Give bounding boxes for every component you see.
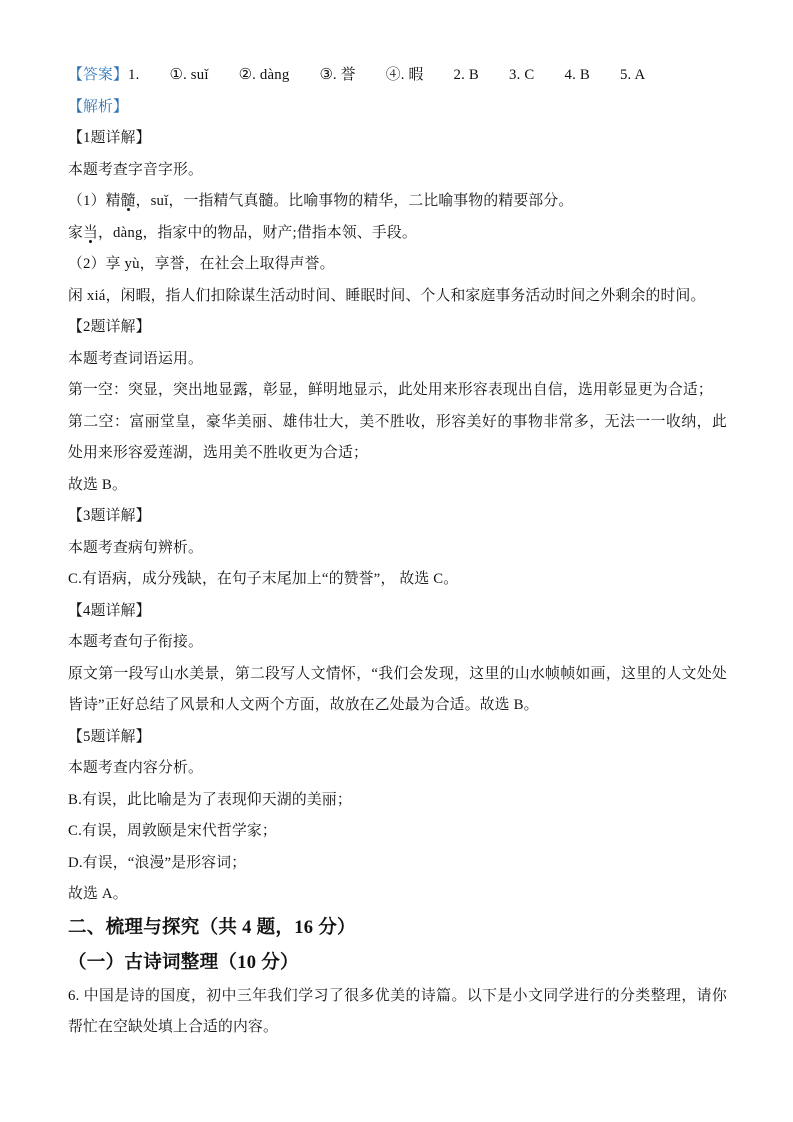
answer-q1-item4: ④. 暇 [386, 67, 424, 83]
q4-detail-intro: 本题考查句子衔接。 [68, 627, 727, 659]
answer-q3: 3. C [509, 67, 534, 83]
q5-detail-heading: 【5题详解】 [68, 722, 727, 754]
q1-detail-point1: （1）精髓，suǐ，一指精气真髓。比喻事物的精华，二比喻事物的精要部分。 [68, 186, 727, 218]
q3-detail-analysis: C.有语病，成分残缺，在句子末尾加上“的赞誉”， 故选 C。 [68, 564, 727, 596]
text-segment: 【3题详解】 [68, 508, 151, 524]
text-segment: 故选 A。 [68, 886, 128, 902]
text-segment: 闲 xiá，闲暇，指人们扣除谋生活动时间、睡眠时间、个人和家庭事务活动时间之外剩… [68, 288, 705, 304]
text-segment: C.有语病，成分残缺，在句子末尾加上“的赞誉”， 故选 C。 [68, 571, 458, 587]
q5-detail-conclusion: 故选 A。 [68, 879, 727, 911]
question-6-stem: 6. 中国是诗的国度，初中三年我们学习了很多优美的诗篇。以下是小文同学进行的分类… [68, 981, 727, 1044]
document-page: 【答案】1.①. suǐ②. dàng③. 誉④. 暇2. B3. C4. B5… [0, 0, 793, 1122]
text-segment: 第二空：富丽堂皇，豪华美丽、雄伟壮大，美不胜收，形容美好的事物非常多，无法一一收… [68, 414, 727, 462]
q2-detail-blank2: 第二空：富丽堂皇，豪华美丽、雄伟壮大，美不胜收，形容美好的事物非常多，无法一一收… [68, 407, 727, 470]
q2-detail-blank1: 第一空：突显，突出地显露，彰显，鲜明地显示，此处用来形容表现出自信，选用彰显更为… [68, 375, 727, 407]
answer-q5: 5. A [620, 67, 645, 83]
text-segment: （2）享 yù，享誉，在社会上取得声誉。 [68, 256, 335, 272]
analysis-label: 【解析】 [68, 99, 128, 115]
text-segment: 第一空：突显，突出地显露，彰显，鲜明地显示，此处用来形容表现出自信，选用彰显更为… [68, 382, 713, 398]
q3-detail-heading: 【3题详解】 [68, 501, 727, 533]
text-segment: D.有误，“浪漫”是形容词； [68, 855, 246, 871]
answer-q2: 2. B [454, 67, 479, 83]
q1-detail-heading: 【1题详解】 [68, 123, 727, 155]
q3-detail-intro: 本题考查病句辨析。 [68, 533, 727, 565]
text-segment: C.有误，周敦颐是宋代哲学家； [68, 823, 277, 839]
q2-detail-intro: 本题考查词语运用。 [68, 344, 727, 376]
text-segment: ，dàng，指家中的物品，财产;借指本领、手段。 [98, 225, 417, 241]
text-segment: （一）古诗词整理（10 分） [68, 953, 299, 973]
text-segment: 本题考查内容分析。 [68, 760, 203, 776]
answer-q1-item1: ①. suǐ [170, 67, 209, 83]
text-segment: 6. 中国是诗的国度，初中三年我们学习了很多优美的诗篇。以下是小文同学进行的分类… [68, 988, 727, 1036]
answer-label: 【答案】 [68, 67, 128, 83]
text-segment: 【5题详解】 [68, 729, 151, 745]
text-segment: 本题考查句子衔接。 [68, 634, 203, 650]
text-segment: 髓 [121, 193, 136, 209]
text-segment: （1）精 [68, 193, 121, 209]
text-segment: B.有误，此比喻是为了表现仰天湖的美丽； [68, 792, 352, 808]
q5-detail-optionD: D.有误，“浪漫”是形容词； [68, 848, 727, 880]
text-segment: 本题考查字音字形。 [68, 162, 203, 178]
text-segment: 本题考查词语运用。 [68, 351, 203, 367]
q4-detail-heading: 【4题详解】 [68, 596, 727, 628]
answer-q4: 4. B [564, 67, 589, 83]
q4-detail-analysis: 原文第一段写山水美景，第二段写人文情怀，“我们会发现，这里的山水帧帧如画，这里的… [68, 659, 727, 722]
q5-detail-optionB: B.有误，此比喻是为了表现仰天湖的美丽； [68, 785, 727, 817]
q1-detail-point1b: 家当，dàng，指家中的物品，财产;借指本领、手段。 [68, 218, 727, 250]
text-segment: 故选 B。 [68, 477, 127, 493]
q2-detail-heading: 【2题详解】 [68, 312, 727, 344]
text-segment: 原文第一段写山水美景，第二段写人文情怀，“我们会发现，这里的山水帧帧如画，这里的… [68, 666, 727, 714]
answer-q1-item2: ②. dàng [239, 67, 290, 83]
subsection-1-heading: （一）古诗词整理（10 分） [68, 946, 727, 981]
q5-detail-optionC: C.有误，周敦颐是宋代哲学家； [68, 816, 727, 848]
answer-q1-number: 1. [128, 67, 140, 83]
text-segment: 【2题详解】 [68, 319, 151, 335]
section-2-heading: 二、梳理与探究（共 4 题，16 分） [68, 911, 727, 946]
text-segment: 【4题详解】 [68, 603, 151, 619]
answer-q1-item3: ③. 誉 [319, 67, 355, 83]
text-segment: 当 [83, 225, 98, 241]
text-segment: ，suǐ，一指精气真髓。比喻事物的精华，二比喻事物的精要部分。 [136, 193, 574, 209]
answer-line: 【答案】1.①. suǐ②. dàng③. 誉④. 暇2. B3. C4. B5… [68, 60, 727, 92]
q1-detail-point2: （2）享 yù，享誉，在社会上取得声誉。 [68, 249, 727, 281]
q1-detail-point2b: 闲 xiá，闲暇，指人们扣除谋生活动时间、睡眠时间、个人和家庭事务活动时间之外剩… [68, 281, 727, 313]
text-segment: 【1题详解】 [68, 130, 151, 146]
q2-detail-conclusion: 故选 B。 [68, 470, 727, 502]
q1-detail-intro: 本题考查字音字形。 [68, 155, 727, 187]
text-segment: 二、梳理与探究（共 4 题，16 分） [68, 918, 356, 938]
text-segment: 本题考查病句辨析。 [68, 540, 203, 556]
text-segment: 家 [68, 225, 83, 241]
analysis-label-line: 【解析】 [68, 92, 727, 124]
q5-detail-intro: 本题考查内容分析。 [68, 753, 727, 785]
